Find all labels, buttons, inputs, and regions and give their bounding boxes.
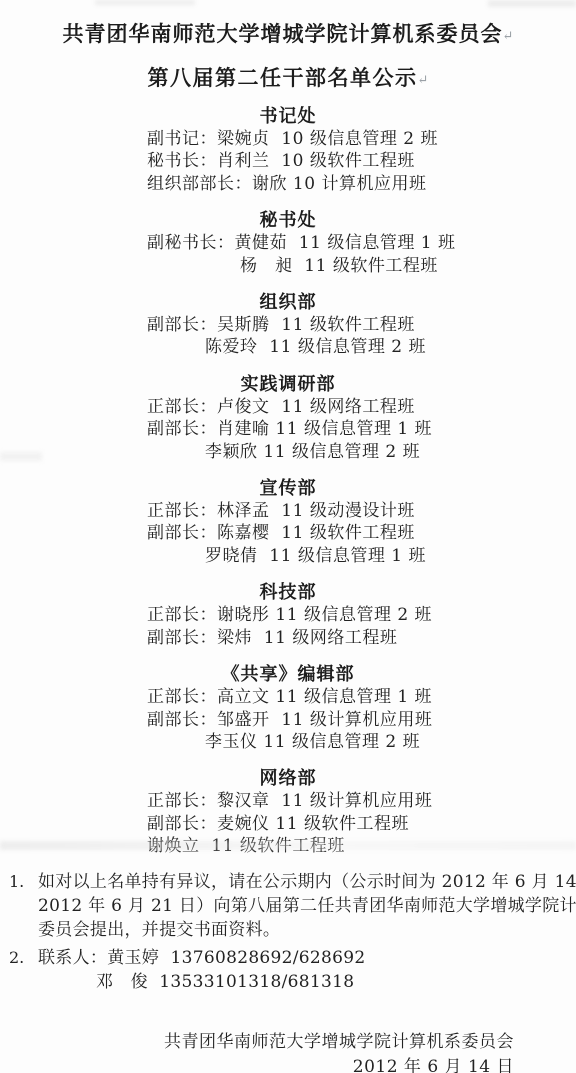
note-lines: 如对以上名单持有异议，请在公示期内（公示时间为 2012 年 6 月 14 日—…	[38, 870, 576, 942]
roster-line: 正部长：谢晓彤 11 级信息管理 2 班	[147, 604, 576, 626]
roster-line: 陈爱玲 11 级信息管理 2 班	[147, 336, 576, 358]
roster-line: 副秘书长：黄健茹 11 级信息管理 1 班	[147, 232, 576, 254]
roster-section: 组织部副部长：吴斯腾 11 级软件工程班陈爱玲 11 级信息管理 2 班	[0, 292, 576, 359]
roster-line: 正部长：黎汉章 11 级计算机应用班	[147, 790, 576, 812]
roster-section: 书记处副书记：梁婉贞 10 级信息管理 2 班秘书长：肖利兰 10 级软件工程班…	[0, 106, 576, 195]
section-title: 实践调研部	[0, 374, 576, 396]
roster-line: 罗晓倩 11 级信息管理 1 班	[147, 545, 576, 567]
note-line: 联系人：黄玉婷 13760828692/628692	[38, 946, 366, 970]
section-title: 秘书处	[0, 210, 576, 232]
note-line: 委员会提出，并提交书面资料。	[38, 918, 576, 942]
section-title: 《共享》编辑部	[0, 664, 576, 686]
scan-artifact	[95, 0, 195, 5]
roster-section: 网络部正部长：黎汉章 11 级计算机应用班副部长：麦婉仪 11 级软件工程班谢焕…	[0, 768, 576, 857]
roster-line: 组织部部长：谢欣 10 计算机应用班	[147, 173, 576, 195]
note-number: 1.	[0, 870, 38, 942]
signature-date: 2012 年 6 月 14 日	[0, 1055, 514, 1073]
roster-section: 《共享》编辑部正部长：高立文 11 级信息管理 1 班副部长：邹盛开 11 级计…	[0, 664, 576, 753]
notes-list: 1.如对以上名单持有异议，请在公示期内（公示时间为 2012 年 6 月 14 …	[0, 870, 576, 994]
announcement-document: 共青团华南师范大学增城学院计算机系委员会↵ 第八届第二任干部名单公示↵ 书记处副…	[0, 0, 576, 1073]
roster-line: 副部长：麦婉仪 11 级软件工程班	[147, 813, 576, 835]
note-lines: 联系人：黄玉婷 13760828692/628692邓 俊 1353310131…	[38, 946, 366, 994]
note-line: 邓 俊 13533101318/681318	[38, 970, 366, 994]
roster-line: 副部长：肖建喻 11 级信息管理 1 班	[147, 418, 576, 440]
roster-line: 杨 昶 11 级软件工程班	[147, 255, 576, 277]
scan-artifact	[488, 0, 576, 7]
document-title: 共青团华南师范大学增城学院计算机系委员会↵	[18, 21, 558, 49]
document-title-text: 共青团华南师范大学增城学院计算机系委员会	[63, 21, 503, 46]
document-subtitle-text: 第八届第二任干部名单公示	[148, 65, 418, 90]
roster-line: 正部长：卢俊文 11 级网络工程班	[147, 396, 576, 418]
document-subtitle: 第八届第二任干部名单公示↵	[18, 65, 558, 93]
roster-line: 谢焕立 11 级软件工程班	[147, 835, 576, 857]
signature-organization: 共青团华南师范大学增城学院计算机系委员会	[0, 1030, 514, 1055]
roster-sections: 书记处副书记：梁婉贞 10 级信息管理 2 班秘书长：肖利兰 10 级软件工程班…	[0, 106, 576, 858]
section-title: 书记处	[0, 106, 576, 128]
roster-section: 实践调研部正部长：卢俊文 11 级网络工程班副部长：肖建喻 11 级信息管理 1…	[0, 374, 576, 463]
note-line: 2012 年 6 月 21 日）向第八届第二任共青团华南师范大学增城学院计算机系	[38, 894, 576, 918]
roster-section: 秘书处副秘书长：黄健茹 11 级信息管理 1 班杨 昶 11 级软件工程班	[0, 210, 576, 277]
signature-block: 共青团华南师范大学增城学院计算机系委员会 2012 年 6 月 14 日	[0, 1030, 576, 1073]
roster-line: 副部长：吴斯腾 11 级软件工程班	[147, 314, 576, 336]
roster-line: 副书记：梁婉贞 10 级信息管理 2 班	[147, 128, 576, 150]
paragraph-return-icon: ↵	[418, 73, 429, 88]
roster-line: 副部长：陈嘉樱 11 级软件工程班	[147, 522, 576, 544]
note-number: 2.	[0, 946, 38, 994]
roster-section: 宣传部正部长：林泽孟 11 级动漫设计班副部长：陈嘉樱 11 级软件工程班罗晓倩…	[0, 478, 576, 567]
section-title: 科技部	[0, 582, 576, 604]
roster-line: 正部长：高立文 11 级信息管理 1 班	[147, 686, 576, 708]
roster-line: 副部长：梁炜 11 级网络工程班	[147, 627, 576, 649]
roster-line: 副部长：邹盛开 11 级计算机应用班	[147, 709, 576, 731]
roster-section: 科技部正部长：谢晓彤 11 级信息管理 2 班副部长：梁炜 11 级网络工程班	[0, 582, 576, 649]
note-line: 如对以上名单持有异议，请在公示期内（公示时间为 2012 年 6 月 14 日—…	[38, 870, 576, 894]
section-title: 宣传部	[0, 478, 576, 500]
section-title: 组织部	[0, 292, 576, 314]
note-item: 2.联系人：黄玉婷 13760828692/628692邓 俊 13533101…	[0, 946, 576, 994]
roster-line: 李颖欣 11 级信息管理 2 班	[147, 441, 576, 463]
roster-line: 正部长：林泽孟 11 级动漫设计班	[147, 500, 576, 522]
roster-line: 李玉仪 11 级信息管理 2 班	[147, 731, 576, 753]
paragraph-return-icon: ↵	[503, 29, 514, 44]
roster-line: 秘书长：肖利兰 10 级软件工程班	[147, 150, 576, 172]
note-item: 1.如对以上名单持有异议，请在公示期内（公示时间为 2012 年 6 月 14 …	[0, 870, 576, 942]
section-title: 网络部	[0, 768, 576, 790]
